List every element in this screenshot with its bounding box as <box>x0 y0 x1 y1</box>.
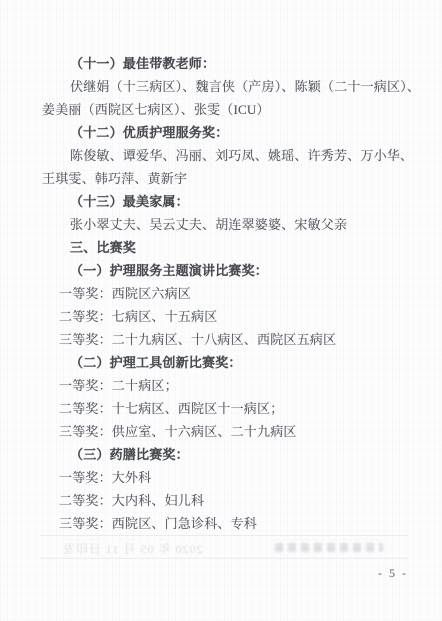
bleed-through-illegible-text <box>275 543 383 552</box>
scanned-document-page: （十一）最佳带教老师：伏继娟（十三病区）、魏言侠（产房）、陈颖（二十一病区）、姜… <box>0 0 442 621</box>
text-line: 三等奖：西院区、门急诊科、专科 <box>42 512 414 535</box>
text-line: 三等奖：供应室、十六病区、二十九病区 <box>42 420 414 443</box>
text-line: 一等奖：二十病区； <box>42 374 414 397</box>
heading-line: （三）药膳比赛奖： <box>42 443 414 466</box>
heading-line: （十三）最美家属： <box>42 190 414 213</box>
document-body: （十一）最佳带教老师：伏继娟（十三病区）、魏言侠（产房）、陈颖（二十一病区）、姜… <box>42 52 414 535</box>
text-line: 张小翠丈夫、吴云丈夫、胡连翠婆婆、宋敏父亲 <box>42 213 414 236</box>
heading-line: （十一）最佳带教老师： <box>42 52 414 75</box>
heading-line: （一）护理服务主题演讲比赛奖： <box>42 259 414 282</box>
text-line: 一等奖：大外科 <box>42 466 414 489</box>
text-line: 一等奖：西院区六病区 <box>42 282 414 305</box>
text-line: 陈俊敏、谭爱华、冯丽、刘巧凤、姚瑶、许秀芳、万小华、 <box>42 144 414 167</box>
text-line: 二等奖：大内科、妇儿科 <box>42 489 414 512</box>
text-line: 二等奖：七病区、十五病区 <box>42 305 414 328</box>
text-line: 三等奖：二十九病区、十八病区、西院区五病区 <box>42 328 414 351</box>
text-line: 王琪雯、韩巧萍、黄新宇 <box>42 167 414 190</box>
page-number: - 5 - <box>378 566 408 581</box>
text-line: 伏继娟（十三病区）、魏言侠（产房）、陈颖（二十一病区）、 <box>42 75 414 98</box>
bleed-through-footer: 2020 年 05 月 11 日印发 <box>40 535 408 559</box>
text-line: 姜美丽（西院区七病区）、张雯（ICU） <box>42 98 414 121</box>
heading-line: 三、比赛奖 <box>42 236 414 259</box>
text-line: 二等奖：十七病区、西院区十一病区； <box>42 397 414 420</box>
heading-line: （二）护理工具创新比赛奖： <box>42 351 414 374</box>
bleed-through-date-text: 2020 年 05 月 11 日印发 <box>62 540 203 557</box>
heading-line: （十二）优质护理服务奖： <box>42 121 414 144</box>
